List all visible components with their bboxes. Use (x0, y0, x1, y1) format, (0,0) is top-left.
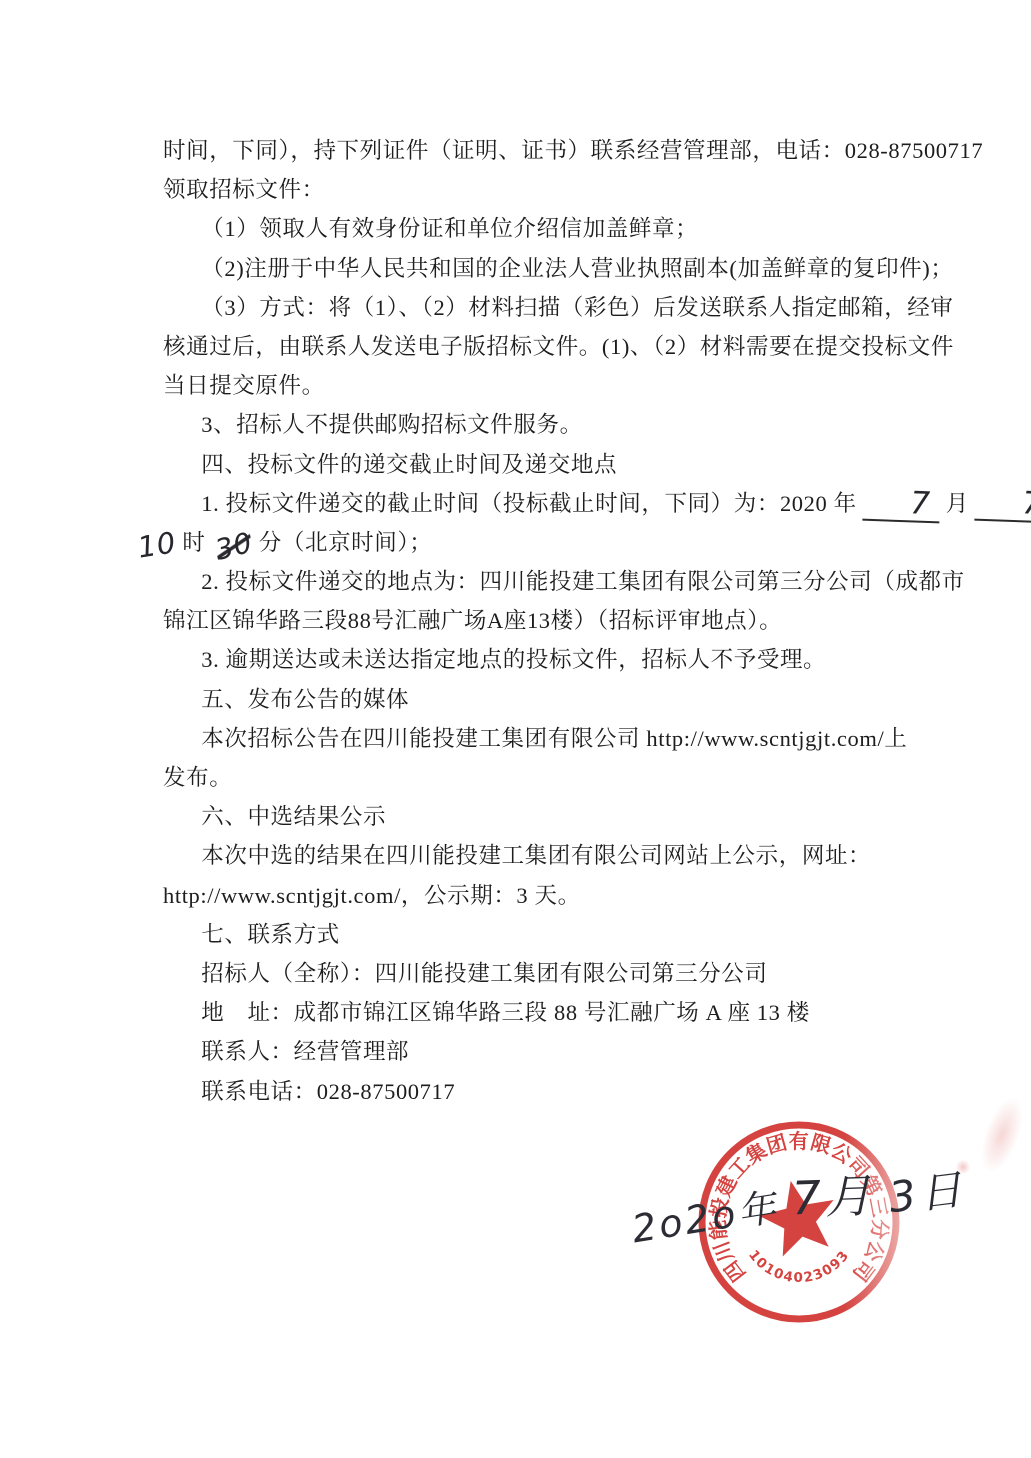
time-printed-text: 分（北京时间）； (259, 530, 433, 555)
month-character: 月 (946, 491, 969, 516)
hour-character: 时 (182, 530, 205, 555)
doc-line-deadline-time: 10 时 30 分（北京时间）； (163, 523, 903, 562)
doc-line: 发布。 (163, 758, 903, 797)
handwritten-seal-month: 7月 (790, 1159, 876, 1228)
handwritten-deadline-month: 7 (862, 486, 940, 523)
handwritten-deadline-hour: 10 (136, 528, 178, 563)
doc-line: 本次中选的结果在四川能投建工集团有限公司网站上公示，网址： (163, 836, 903, 875)
doc-line: （1）领取人有效身份证和单位介绍信加盖鲜章； (163, 209, 903, 248)
handwritten-deadline-minute: 30 (212, 529, 255, 565)
doc-section-heading: 七、联系方式 (163, 915, 903, 954)
doc-line: 核通过后，由联系人发送电子版招标文件。(1)、（2）材料需要在提交投标文件 (163, 327, 903, 366)
doc-line: 当日提交原件。 (163, 366, 903, 405)
handwritten-deadline-day: 7 (974, 486, 1031, 523)
doc-line: （2)注册于中华人民共和国的企业法人营业执照副本(加盖鲜章的复印件)； (163, 249, 903, 288)
doc-line: 3. 逾期送达或未送达指定地点的投标文件，招标人不予受理。 (163, 640, 903, 679)
doc-line: 2. 投标文件递交的地点为：四川能投建工集团有限公司第三分公司（成都市 (163, 562, 903, 601)
doc-line: 联系电话：028-87500717 (163, 1072, 903, 1111)
handwritten-seal-day: 3日 (885, 1156, 968, 1225)
doc-line: http://www.scntjgjt.com/，公示期：3 天。 (163, 876, 903, 915)
doc-line: 招标人（全称）：四川能投建工集团有限公司第三分公司 (163, 954, 903, 993)
seal-smudge (972, 1092, 1031, 1179)
doc-section-heading: 五、发布公告的媒体 (163, 680, 903, 719)
doc-section-heading: 六、中选结果公示 (163, 797, 903, 836)
doc-line: 本次招标公告在四川能投建工集团有限公司 http://www.scntjgjt.… (163, 719, 903, 758)
doc-line: 时间，下同），持下列证件（证明、证书）联系经营管理部，电话：028-875007… (163, 131, 903, 170)
document-body: 时间，下同），持下列证件（证明、证书）联系经营管理部，电话：028-875007… (163, 131, 903, 1111)
deadline-printed-text: 1. 投标文件递交的截止时间（投标截止时间，下同）为：2020 年 (201, 491, 856, 516)
doc-line-deadline-date: 1. 投标文件递交的截止时间（投标截止时间，下同）为：2020 年 7 月 7 … (163, 484, 903, 523)
doc-section-heading: 四、投标文件的递交截止时间及递交地点 (163, 445, 903, 484)
doc-line: 地 址：成都市锦江区锦华路三段 88 号汇融广场 A 座 13 楼 (163, 993, 903, 1032)
doc-line: 3、招标人不提供邮购招标文件服务。 (163, 405, 903, 444)
doc-line: 联系人：经营管理部 (163, 1032, 903, 1071)
scanned-document-page: 时间，下同），持下列证件（证明、证书）联系经营管理部，电话：028-875007… (0, 0, 1031, 1458)
doc-line: 锦江区锦华路三段88号汇融广场A座13楼）（招标评审地点）。 (163, 601, 903, 640)
doc-line: 领取招标文件： (163, 170, 903, 209)
doc-line: （3）方式：将（1）、（2）材料扫描（彩色）后发送联系人指定邮箱，经审 (163, 288, 903, 327)
